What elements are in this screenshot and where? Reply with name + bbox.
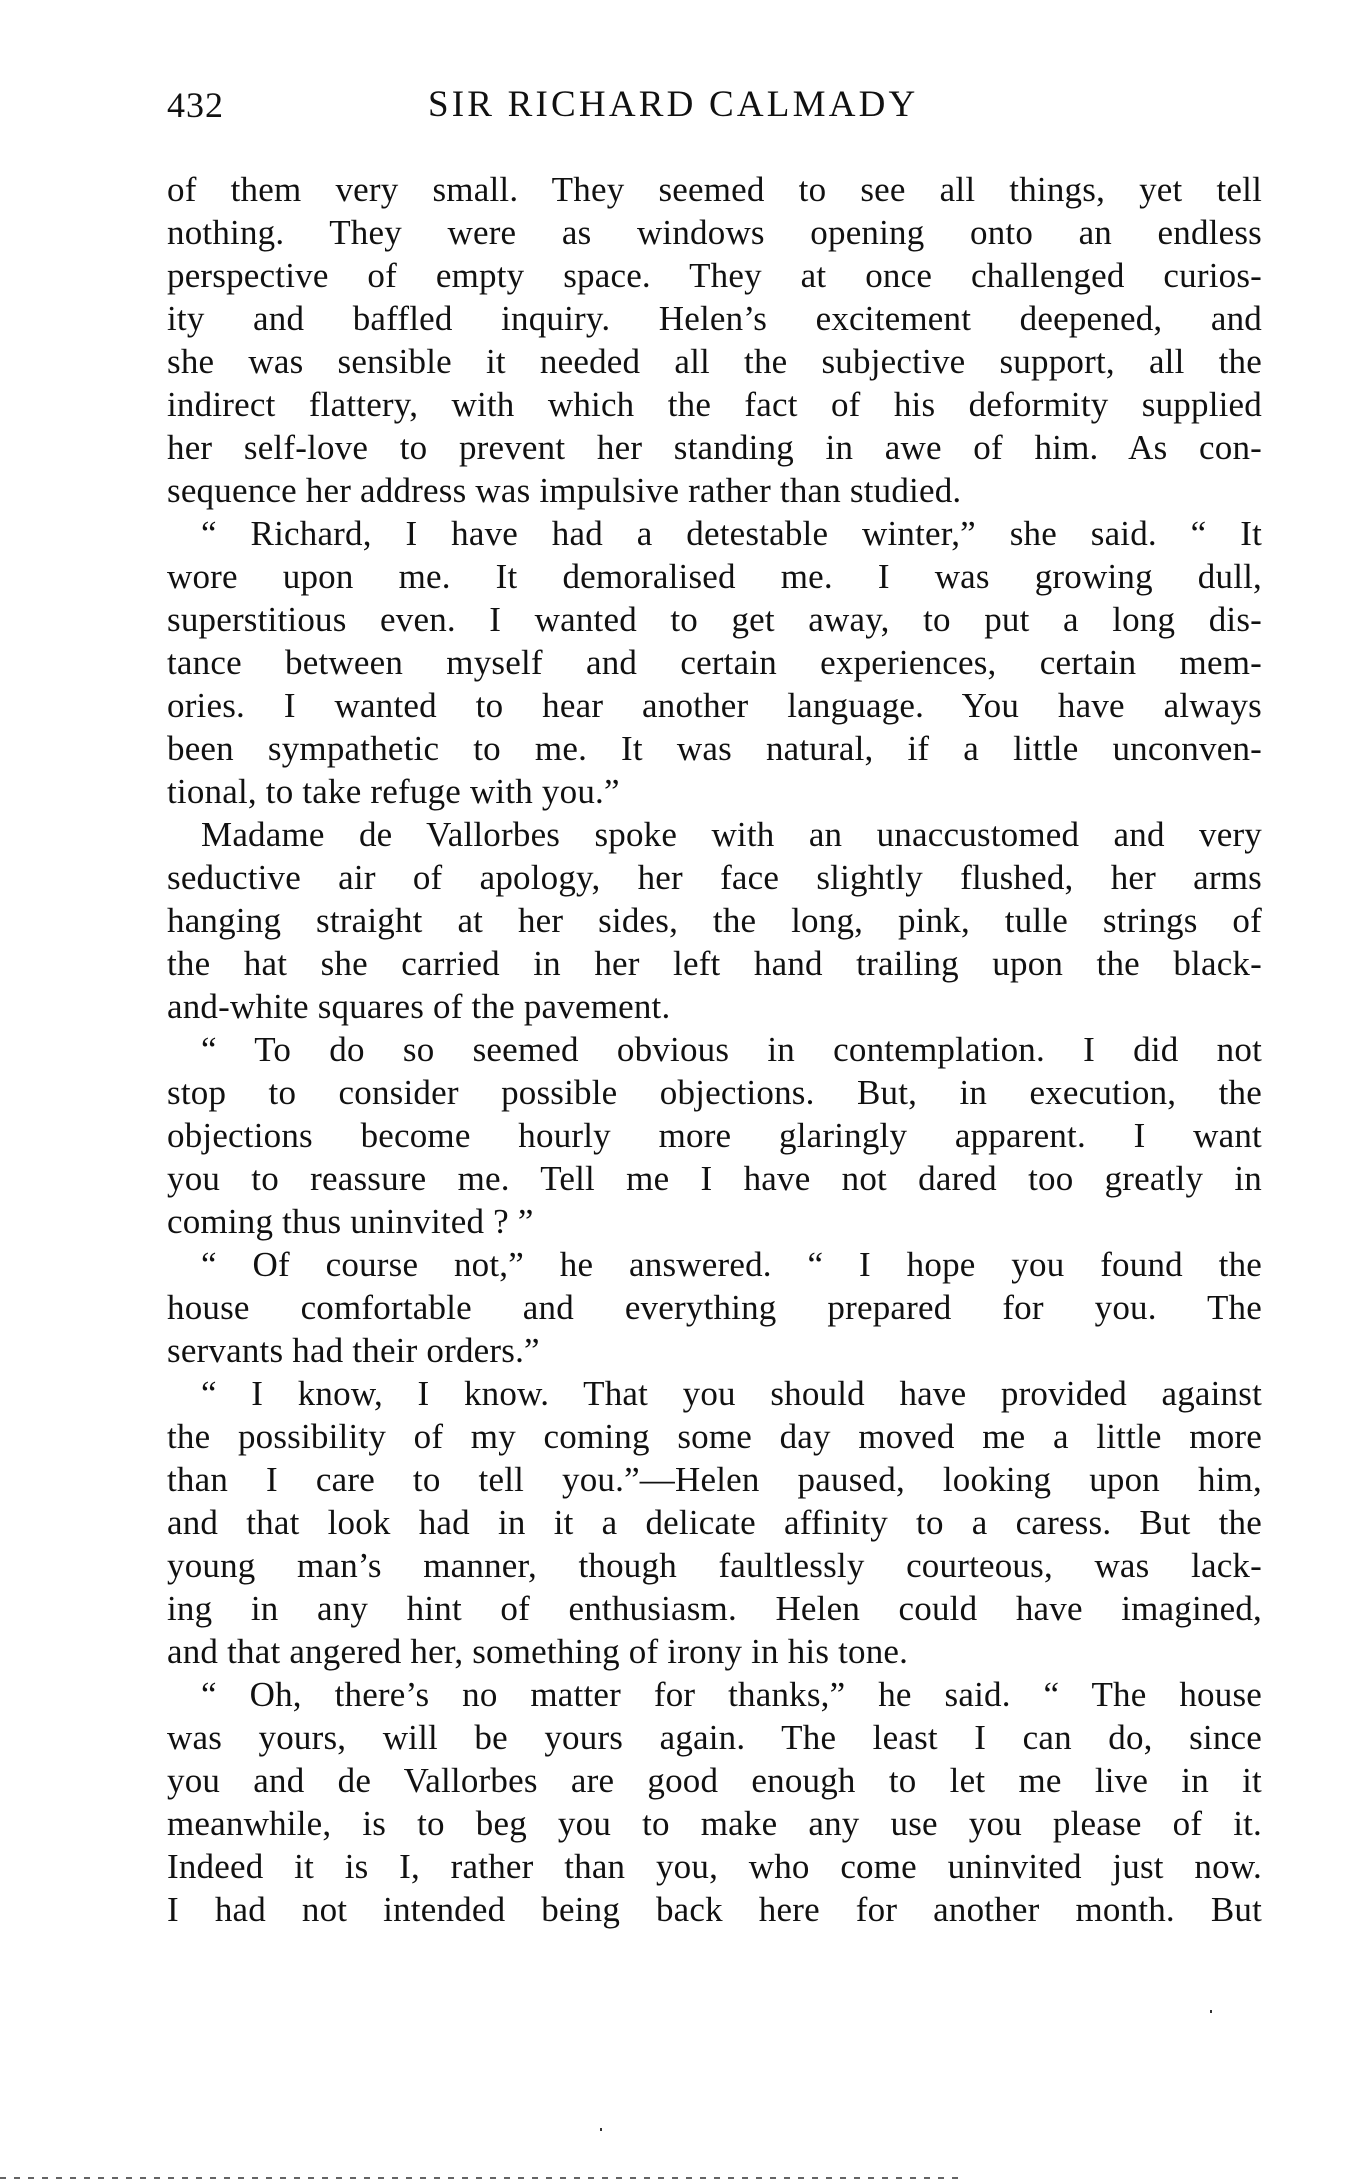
- paragraph-first-line: “ Of course not,” he answered. “ I hope …: [167, 1243, 1262, 1286]
- text-line: you to reassure me. Tell me I have not d…: [167, 1157, 1262, 1200]
- text-line: you and de Vallorbes are good enough to …: [167, 1759, 1262, 1802]
- text-line: ories. I wanted to hear another language…: [167, 684, 1262, 727]
- text-line: nothing. They were as windows opening on…: [167, 211, 1262, 254]
- running-head: 432 SIR RICHARD CALMADY: [167, 80, 1262, 130]
- text-line: than I care to tell you.”—Helen paused, …: [167, 1458, 1262, 1501]
- text-line: servants had their orders.”: [167, 1329, 1262, 1372]
- text-line: house comfortable and everything prepare…: [167, 1286, 1262, 1329]
- scan-speck: [1210, 2010, 1212, 2013]
- text-line: seductive air of apology, her face sligh…: [167, 856, 1262, 899]
- text-line: her self-love to prevent her standing in…: [167, 426, 1262, 469]
- paragraph-first-line: “ To do so seemed obvious in contemplati…: [167, 1028, 1262, 1071]
- book-page: 432 SIR RICHARD CALMADY of them very sma…: [0, 0, 1372, 2179]
- text-line: the possibility of my coming some day mo…: [167, 1415, 1262, 1458]
- text-line: wore upon me. It demoralised me. I was g…: [167, 555, 1262, 598]
- paragraph-first-line: “ Richard, I have had a detestable winte…: [167, 512, 1262, 555]
- text-line: and that look had in it a delicate affin…: [167, 1501, 1262, 1544]
- text-line: the hat she carried in her left hand tra…: [167, 942, 1262, 985]
- text-line: ing in any hint of enthusiasm. Helen cou…: [167, 1587, 1262, 1630]
- text-line: young man’s manner, though faultlessly c…: [167, 1544, 1262, 1587]
- scan-speck: [600, 2128, 602, 2131]
- paragraph-first-line: “ I know, I know. That you should have p…: [167, 1372, 1262, 1415]
- text-line: sequence her address was impulsive rathe…: [167, 469, 1262, 512]
- paragraph-first-line: “ Oh, there’s no matter for thanks,” he …: [167, 1673, 1262, 1716]
- text-line: objections become hourly more glaringly …: [167, 1114, 1262, 1157]
- text-line: of them very small. They seemed to see a…: [167, 168, 1262, 211]
- paragraph-first-line: Madame de Vallorbes spoke with an unaccu…: [167, 813, 1262, 856]
- text-line: and-white squares of the pavement.: [167, 985, 1262, 1028]
- text-line: meanwhile, is to beg you to make any use…: [167, 1802, 1262, 1845]
- text-line: ity and baffled inquiry. Helen’s excitem…: [167, 297, 1262, 340]
- text-line: indirect flattery, with which the fact o…: [167, 383, 1262, 426]
- text-line: been sympathetic to me. It was natural, …: [167, 727, 1262, 770]
- text-line: perspective of empty space. They at once…: [167, 254, 1262, 297]
- text-line: Indeed it is I, rather than you, who com…: [167, 1845, 1262, 1888]
- body-text: of them very small. They seemed to see a…: [167, 168, 1262, 1931]
- text-line: hanging straight at her sides, the long,…: [167, 899, 1262, 942]
- running-title: SIR RICHARD CALMADY: [428, 80, 918, 130]
- text-line: stop to consider possible objections. Bu…: [167, 1071, 1262, 1114]
- text-line: she was sensible it needed all the subje…: [167, 340, 1262, 383]
- text-line: tance between myself and certain experie…: [167, 641, 1262, 684]
- text-line: coming thus uninvited ? ”: [167, 1200, 1262, 1243]
- text-line: tional, to take refuge with you.”: [167, 770, 1262, 813]
- text-line: was yours, will be yours again. The leas…: [167, 1716, 1262, 1759]
- text-line: and that angered her, something of irony…: [167, 1630, 1262, 1673]
- page-number: 432: [167, 80, 224, 130]
- text-line: I had not intended being back here for a…: [167, 1888, 1262, 1931]
- text-line: superstitious even. I wanted to get away…: [167, 598, 1262, 641]
